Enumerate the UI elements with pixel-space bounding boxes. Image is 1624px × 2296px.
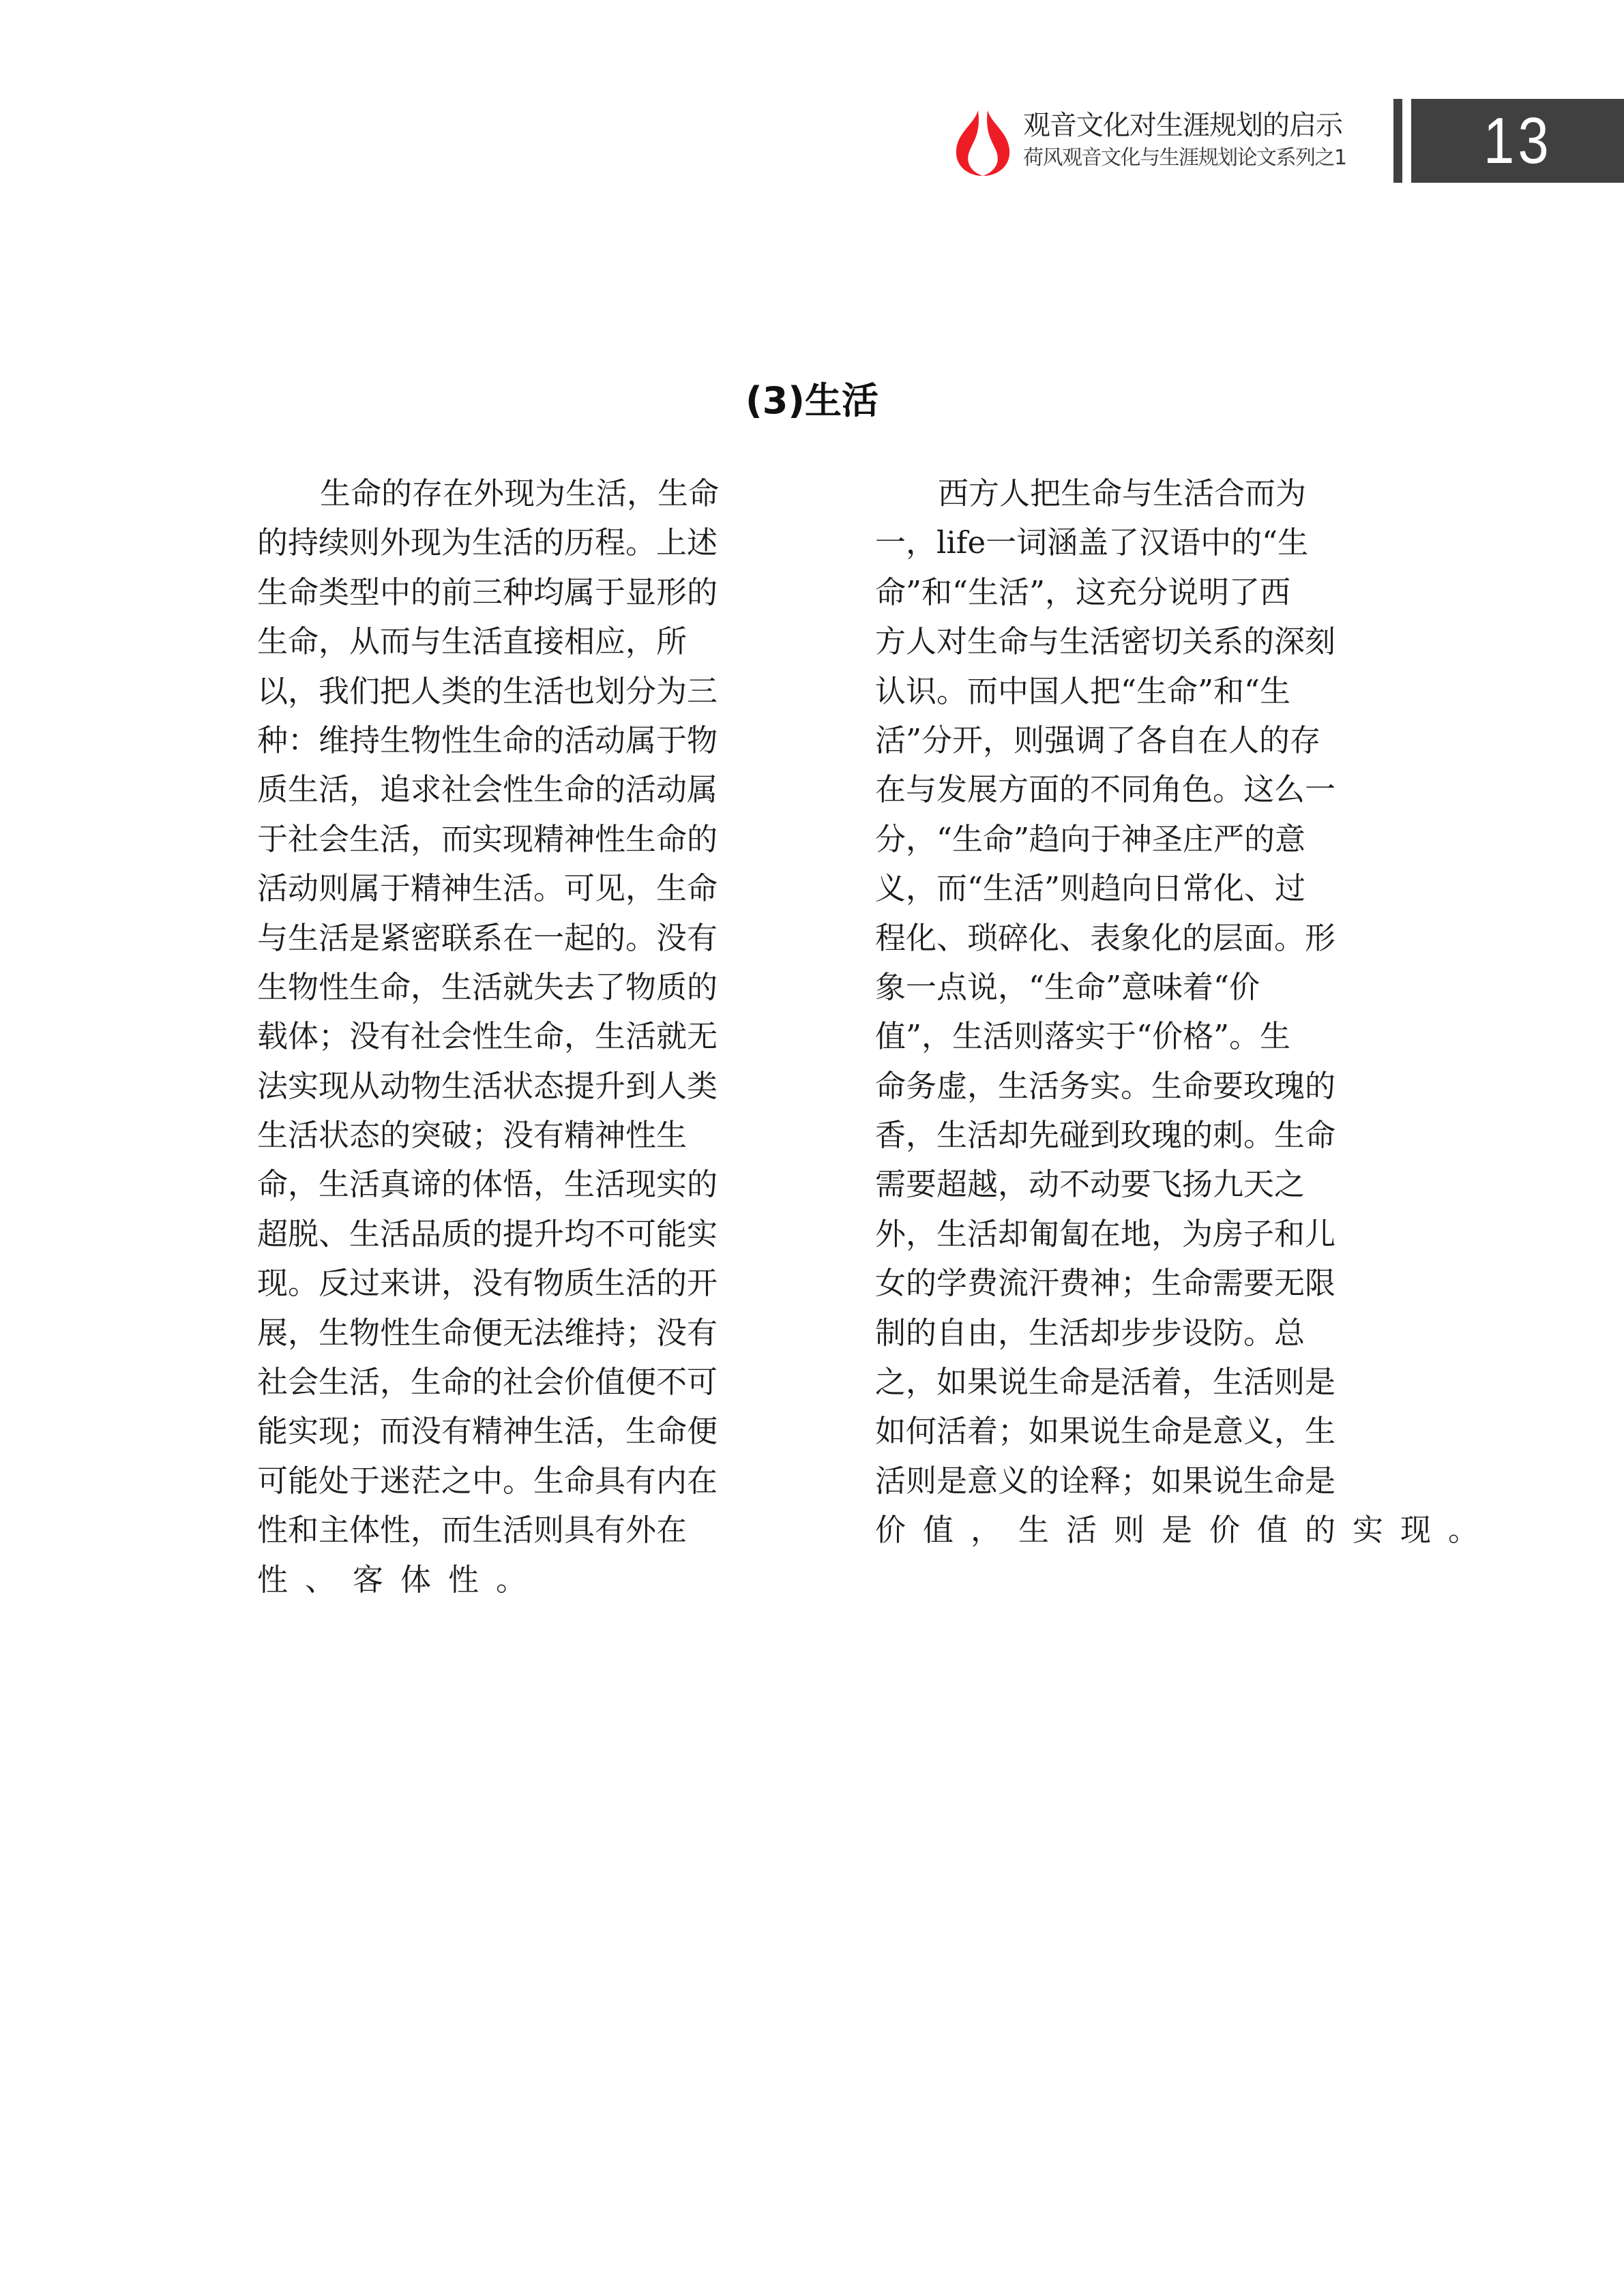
left-column-paragraph: 生命的存在外现为生活，生命的持续则外现为生活的历程。上述生命类型中的前三种均属于… [257,469,782,1605]
text-line: 于社会生活，而实现精神性生命的 [257,815,782,864]
text-line: 种：维持生物性生命的活动属于物 [257,716,782,765]
lotus-flame-logo-icon [954,109,1012,177]
right-column-paragraph: 西方人把生命与生活合而为一，life一词涵盖了汉语中的“生命”和“生活”，这充分… [875,469,1395,1555]
page-number: 13 [1483,104,1552,179]
text-line: 生命，从而与生活直接相应，所 [257,617,782,666]
text-line: 值”，生活则落实于“价格”。生 [875,1012,1395,1061]
text-line: 如何活着；如果说生命是意义，生 [875,1407,1395,1456]
text-line: 性和主体性，而生活则具有外在 [257,1506,782,1555]
text-line: 以，我们把人类的生活也划分为三 [257,667,782,716]
header-divider-bar [1393,99,1402,183]
text-line: 西方人把生命与生活合而为 [875,469,1395,518]
series-title: 观音文化对生涯规划的启示 [1023,109,1378,142]
text-line: 展，生物性生命便无法维持；没有 [257,1309,782,1358]
text-line: 活动则属于精神生活。可见，生命 [257,864,782,913]
text-line: 认识。而中国人把“生命”和“生 [875,667,1395,716]
text-line: 的持续则外现为生活的历程。上述 [257,518,782,567]
text-line: 质生活，追求社会性生命的活动属 [257,765,782,814]
text-line: 方人对生命与生活密切关系的深刻 [875,617,1395,666]
text-line: 命”和“生活”，这充分说明了西 [875,568,1395,617]
text-line: 能实现；而没有精神生活，生命便 [257,1407,782,1456]
text-line: 香，生活却先碰到玫瑰的刺。生命 [875,1111,1395,1160]
text-line: 生命的存在外现为生活，生命 [257,469,782,518]
text-line: 之，如果说生命是活着，生活则是 [875,1358,1395,1407]
text-line: 命务虚，生活务实。生命要玫瑰的 [875,1062,1395,1111]
text-line: 法实现从动物生活状态提升到人类 [257,1062,782,1111]
text-line: 生命类型中的前三种均属于显形的 [257,568,782,617]
text-line: 在与发展方面的不同角色。这么一 [875,765,1395,814]
text-line: 活则是意义的诠释；如果说生命是 [875,1457,1395,1506]
text-line: 活”分开，则强调了各自在人的存 [875,716,1395,765]
text-line: 与生活是紧密联系在一起的。没有 [257,914,782,963]
series-subtitle: 荷风观音文化与生涯规划论文系列之1 [1023,145,1378,172]
text-line: 社会生活，生命的社会价值便不可 [257,1358,782,1407]
text-line: 生物性生命，生活就失去了物质的 [257,963,782,1012]
text-line: 女的学费流汗费神；生命需要无限 [875,1259,1395,1308]
text-line: 性、客体性。 [257,1555,782,1605]
text-line: 象一点说，“生命”意味着“价 [875,963,1395,1012]
section-title: (3)生活 [0,374,1624,428]
text-line: 超脱、生活品质的提升均不可能实 [257,1210,782,1259]
text-line: 义，而“生活”则趋向日常化、过 [875,864,1395,913]
text-line: 现。反过来讲，没有物质生活的开 [257,1259,782,1308]
text-line: 载体；没有社会性生命，生活就无 [257,1012,782,1061]
text-line: 制的自由，生活却步步设防。总 [875,1309,1395,1358]
text-line: 一，life一词涵盖了汉语中的“生 [875,518,1395,567]
page-number-badge: 13 [1411,99,1624,183]
text-line: 可能处于迷茫之中。生命具有内在 [257,1457,782,1506]
text-line: 程化、琐碎化、表象化的层面。形 [875,914,1395,963]
text-line: 生活状态的突破；没有精神性生 [257,1111,782,1160]
text-line: 命，生活真谛的体悟，生活现实的 [257,1160,782,1209]
page-header: 观音文化对生涯规划的启示 荷风观音文化与生涯规划论文系列之1 13 [0,0,1624,205]
text-line: 需要超越，动不动要飞扬九天之 [875,1160,1395,1209]
text-line: 分，“生命”趋向于神圣庄严的意 [875,815,1395,864]
header-titles: 观音文化对生涯规划的启示 荷风观音文化与生涯规划论文系列之1 [1023,109,1378,172]
text-line: 价值，生活则是价值的实现。 [875,1506,1395,1555]
text-line: 外，生活却匍匐在地，为房子和儿 [875,1210,1395,1259]
